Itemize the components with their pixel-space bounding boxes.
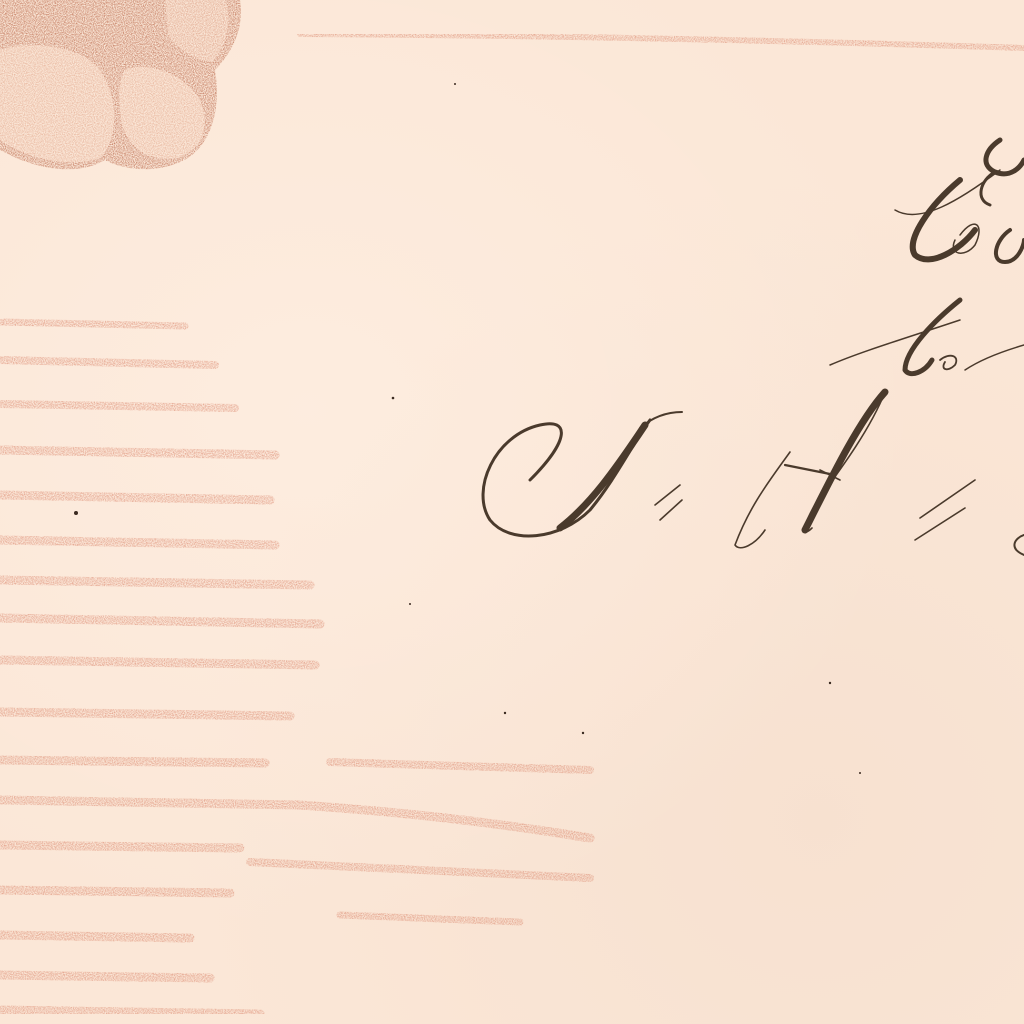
chalk-drawing <box>0 0 241 169</box>
